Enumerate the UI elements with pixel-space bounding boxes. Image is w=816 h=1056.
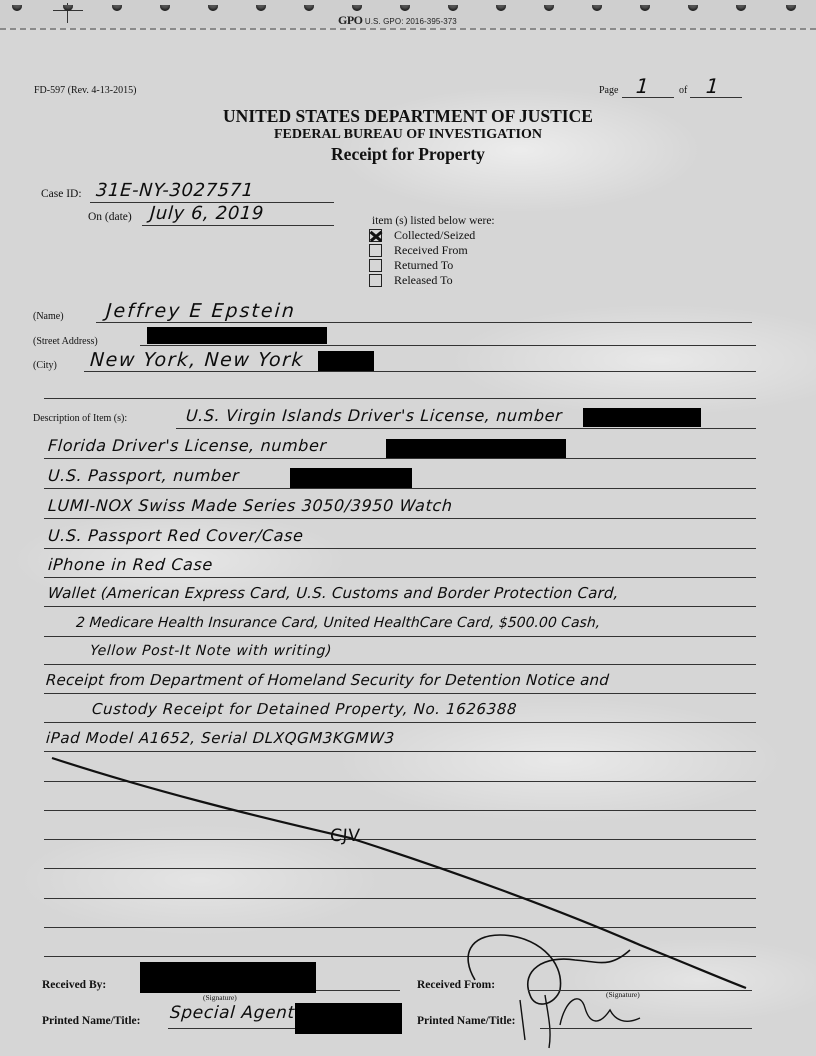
printed-name-by-label: Printed Name/Title: <box>42 1015 140 1027</box>
signature-surname <box>560 999 640 1025</box>
received-from-line <box>528 990 752 991</box>
handwritten-marks <box>0 0 816 1056</box>
form-page: GPO U.S. GPO: 2016-395-373 FD-597 (Rev. … <box>0 0 816 1056</box>
received-by-redaction <box>140 962 316 993</box>
printed-name-from-label: Printed Name/Title: <box>417 1015 515 1027</box>
printed-name-by-value[interactable]: Special Agent <box>169 1003 295 1023</box>
agent-name-redaction <box>295 1003 402 1034</box>
printed-name-from-line <box>540 1028 752 1029</box>
strike-through-line <box>52 758 746 988</box>
received-by-label: Received By: <box>42 979 106 991</box>
signature-caption: (Signature) <box>203 993 237 1002</box>
received-from-label: Received From: <box>417 979 495 991</box>
signature-caption: (Signature) <box>606 990 640 999</box>
